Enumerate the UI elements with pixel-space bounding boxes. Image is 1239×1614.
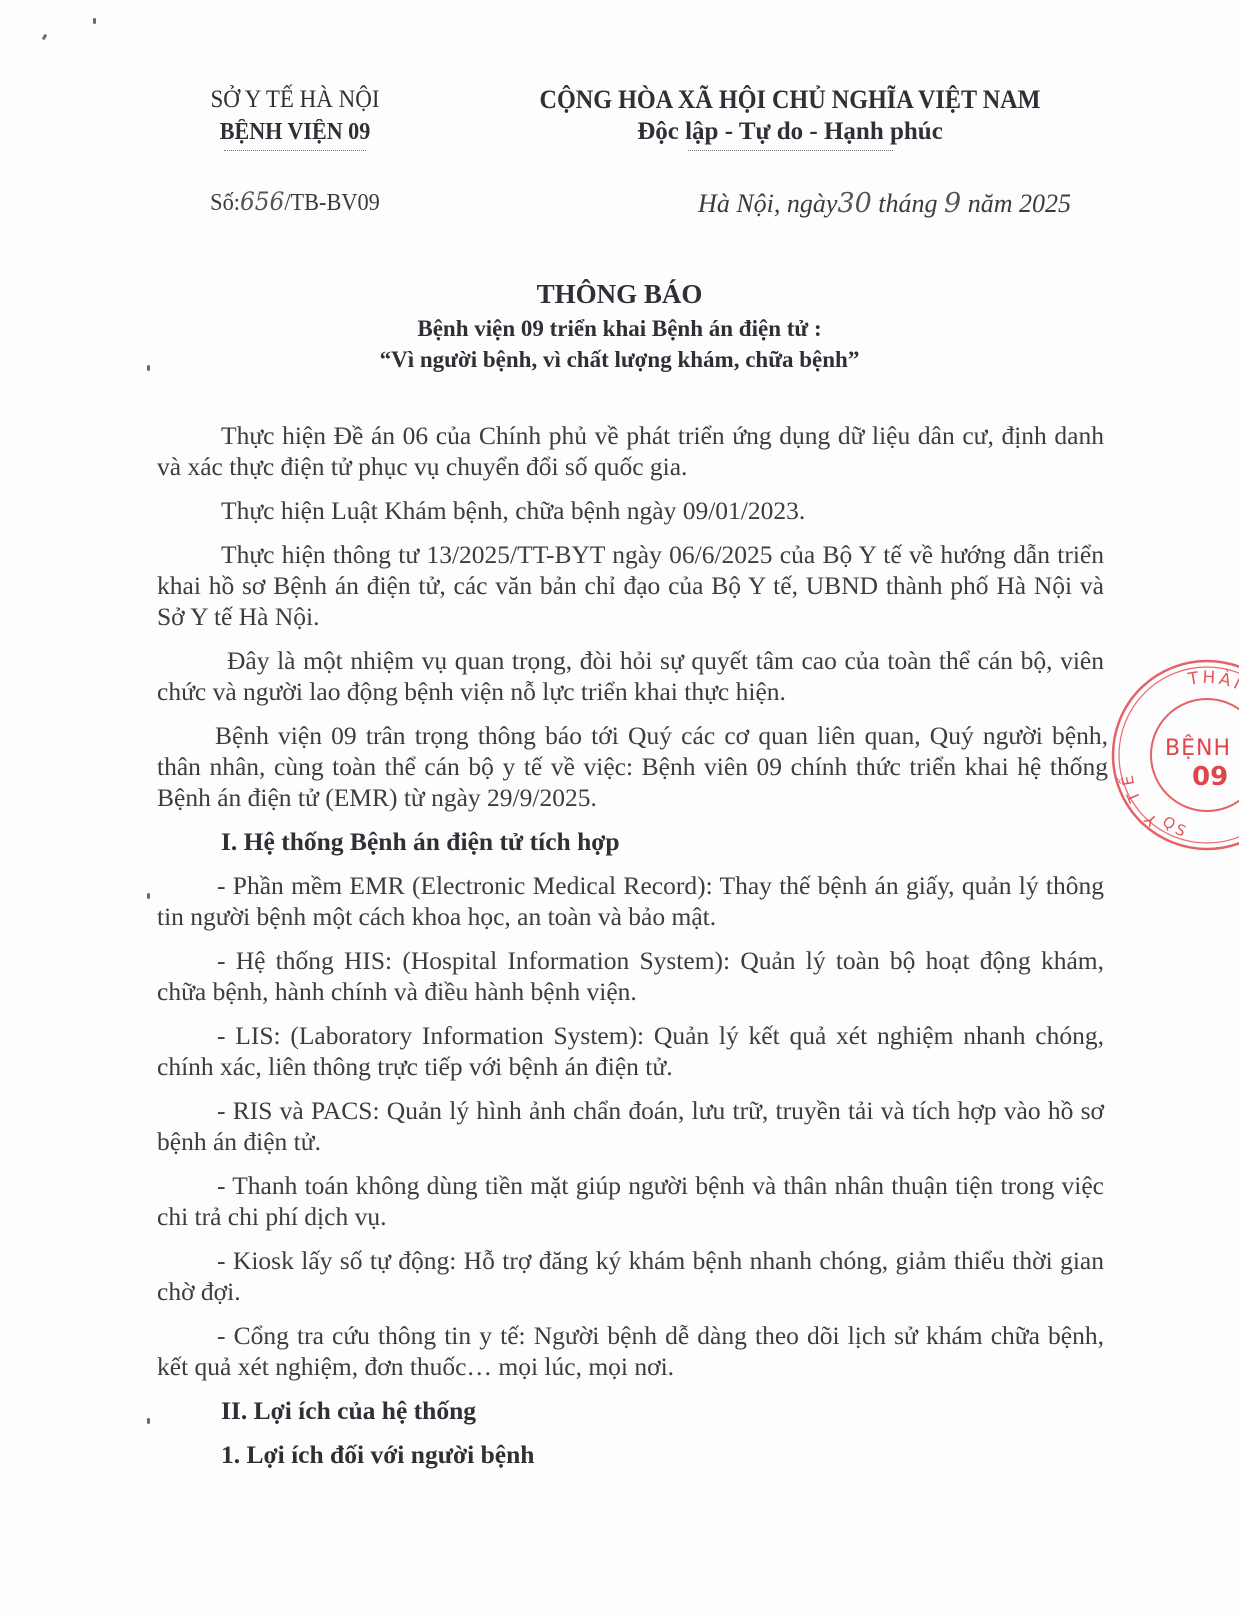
- list-item: - RIS và PACS: Quản lý hình ảnh chẩn đoá…: [157, 1095, 1104, 1157]
- section-heading-1: I. Hệ thống Bệnh án điện tử tích hợp: [157, 826, 1104, 857]
- document-subtitle: Bệnh viện 09 triển khai Bệnh án điện tử …: [0, 313, 1239, 375]
- agency-underline: [224, 150, 366, 151]
- document-body: Thực hiện Đề án 06 của Chính phủ về phát…: [157, 420, 1104, 1483]
- list-item: - Cổng tra cứu thông tin y tế: Người bện…: [157, 1320, 1104, 1382]
- month-handwritten: 9: [944, 188, 961, 219]
- document-number: Số:656/TB-BV09: [169, 187, 420, 217]
- place-date-prefix: Hà Nội, ngày: [698, 189, 837, 218]
- subtitle-line-1: Bệnh viện 09 triển khai Bệnh án điện tử …: [0, 313, 1239, 344]
- paragraph: Thực hiện Luật Khám bệnh, chữa bệnh ngày…: [157, 495, 1104, 526]
- scan-artifact: [42, 34, 48, 41]
- subtitle-line-2: “Vì người bệnh, vì chất lượng khám, chữa…: [0, 344, 1239, 375]
- paragraph: Bệnh viện 09 trân trọng thông báo tới Qu…: [157, 720, 1108, 813]
- parent-agency: SỞ Y TẾ HÀ NỘI: [171, 84, 419, 116]
- paragraph: Thực hiện Đề án 06 của Chính phủ về phát…: [157, 420, 1104, 482]
- document-title: THÔNG BÁO: [0, 277, 1239, 311]
- doc-number-handwritten: 656: [240, 187, 284, 216]
- seal-ring-text-left: Y TẾ: [1114, 768, 1161, 831]
- scan-artifact: [147, 1418, 150, 1424]
- list-item: - Phần mềm EMR (Electronic Medical Recor…: [157, 870, 1104, 932]
- section-heading-2: II. Lợi ích của hệ thống: [157, 1395, 1104, 1426]
- seal-center-text: BỆNH: [1165, 735, 1231, 761]
- scan-artifact: [147, 893, 150, 899]
- list-item: - Kiosk lấy số tự động: Hỗ trợ đăng ký k…: [157, 1245, 1104, 1307]
- official-seal-stamp: THÀNH Y TẾ QS BỆNH 09: [1107, 655, 1239, 855]
- paragraph: Thực hiện thông tư 13/2025/TT-BYT ngày 0…: [157, 539, 1104, 632]
- scan-artifact: [93, 18, 96, 24]
- list-item: - Hệ thống HIS: (Hospital Information Sy…: [157, 945, 1104, 1007]
- national-motto: Độc lập - Tự do - Hạnh phúc: [470, 116, 1110, 148]
- svg-text:THÀNH: THÀNH: [1186, 667, 1239, 708]
- svg-text:QS: QS: [1159, 812, 1192, 842]
- day-handwritten: 30: [837, 188, 871, 219]
- seal-ring-text: THÀNH: [1186, 667, 1239, 708]
- seal-ring-text-bottom: QS: [1159, 812, 1192, 842]
- month-label: tháng: [878, 189, 937, 218]
- place-and-date: Hà Nội, ngày30 tháng 9 năm 2025: [698, 188, 1071, 219]
- list-item: - Thanh toán không dùng tiền mặt giúp ng…: [157, 1170, 1104, 1232]
- national-title: CỘNG HÒA XÃ HỘI CHỦ NGHĨA VIỆT NAM: [492, 84, 1087, 116]
- year-label: năm 2025: [968, 189, 1071, 218]
- svg-text:Y TẾ: Y TẾ: [1114, 768, 1161, 831]
- doc-number-suffix: /TB-BV09: [284, 190, 379, 216]
- seal-center-number: 09: [1192, 762, 1228, 792]
- national-header-block: CỘNG HÒA XÃ HỘI CHỦ NGHĨA VIỆT NAM Độc l…: [470, 84, 1110, 151]
- list-item: - LIS: (Laboratory Information System): …: [157, 1020, 1104, 1082]
- subsection-heading: 1. Lợi ích đối với người bệnh: [157, 1439, 1104, 1470]
- motto-underline: [688, 150, 893, 151]
- issuing-agency-block: SỞ Y TẾ HÀ NỘI BỆNH VIỆN 09: [160, 84, 430, 151]
- paragraph: Đây là một nhiệm vụ quan trọng, đòi hỏi …: [157, 645, 1104, 707]
- agency-name: BỆNH VIỆN 09: [171, 116, 419, 148]
- doc-number-prefix: Số:: [210, 190, 240, 216]
- document-page: SỞ Y TẾ HÀ NỘI BỆNH VIỆN 09 CỘNG HÒA XÃ …: [0, 0, 1239, 1614]
